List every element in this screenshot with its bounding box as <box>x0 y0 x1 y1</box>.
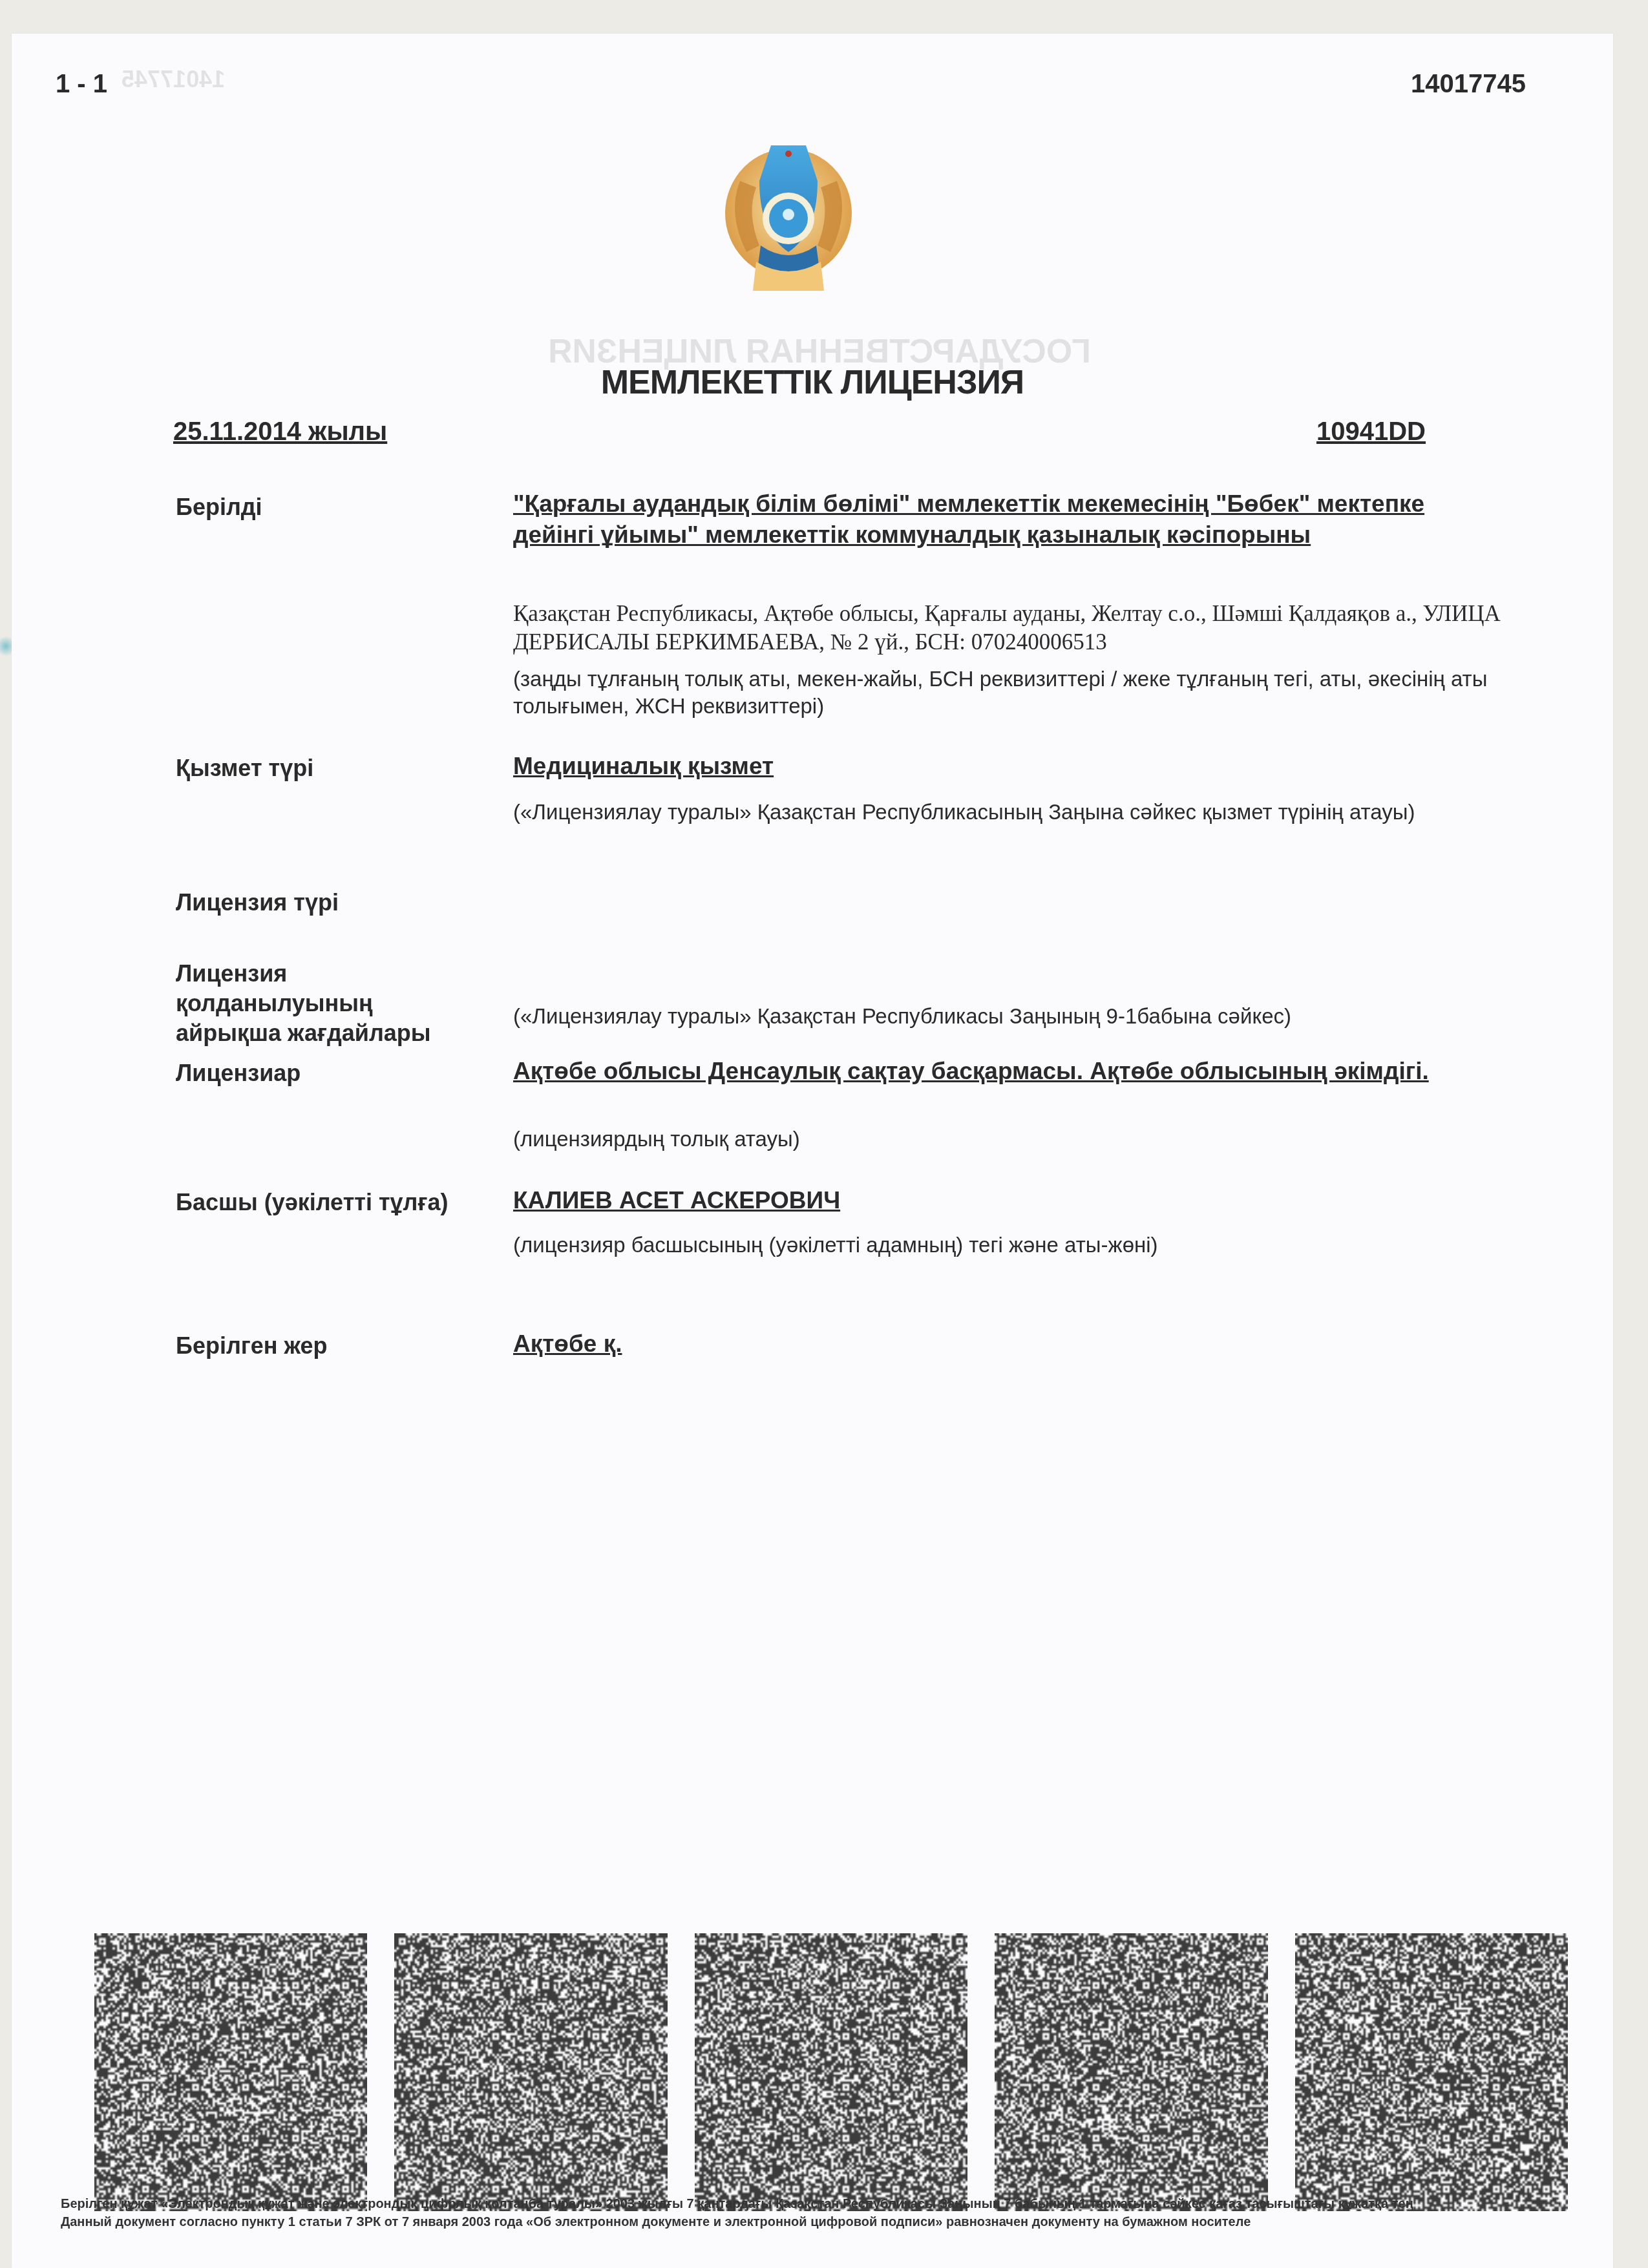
head-label: Басшы (уәкілетті тұлға) <box>176 1188 499 1217</box>
qr-code-icon <box>995 1933 1267 2211</box>
issue-date: 25.11.2014 жылы <box>173 417 387 446</box>
qr-code-icon <box>1295 1933 1568 2211</box>
footer-legal-ru: Данный документ согласно пункту 1 статьи… <box>61 2215 1251 2230</box>
license-number: 10941DD <box>1316 417 1426 446</box>
issued-to-label: Берілді <box>176 492 499 522</box>
license-type-label: Лицензия түрі <box>176 888 499 918</box>
licensor-label: Лицензиар <box>176 1058 499 1088</box>
qr-code-icon <box>94 1933 367 2211</box>
special-conditions-note: («Лицензиялау туралы» Қазақстан Республи… <box>513 1003 1495 1030</box>
license-sheet: ГОСУДАРСТВЕННАЯ ЛИЦЕНЗИЯ 14017745 1 - 1 … <box>12 34 1613 2268</box>
qr-code-icon <box>695 1933 967 2211</box>
document-title: МЕМЛЕКЕТТІК ЛИЦЕНЗИЯ <box>12 363 1613 402</box>
footer-legal-kz: Берілген құжат «Электрондық құжат және э… <box>61 2197 1413 2212</box>
activity-type-note: («Лицензиялау туралы» Қазақстан Республи… <box>513 799 1495 826</box>
licensor-value: Ақтөбе облысы Денсаулық сақтау басқармас… <box>513 1056 1495 1087</box>
head-value: КАЛИЕВ АСЕТ АСКЕРОВИЧ <box>513 1185 1495 1216</box>
head-note: (лицензияр басшысының (уәкілетті адамның… <box>513 1232 1495 1259</box>
scan-stain <box>0 633 12 659</box>
page-indicator: 1 - 1 <box>56 70 107 99</box>
qr-code-row <box>94 1933 1568 2211</box>
issued-to-address: Қазақстан Республикасы, Ақтөбе облысы, Қ… <box>513 600 1502 656</box>
special-conditions-label: Лицензия қолданылуының айрықша жағдайлар… <box>176 959 447 1048</box>
activity-type-value: Медициналық қызмет <box>513 751 1495 782</box>
bleed-through-number: 14017745 <box>121 66 225 93</box>
activity-type-label: Қызмет түрі <box>176 753 499 783</box>
qr-code-icon <box>394 1933 667 2211</box>
licensor-note: (лицензиярдың толық атауы) <box>513 1126 1495 1153</box>
issued-to-note: (заңды тұлғаның толық аты, мекен-жайы, Б… <box>513 666 1495 720</box>
place-of-issue-value: Ақтөбе қ. <box>513 1328 1495 1360</box>
kazakhstan-state-emblem-icon <box>721 142 856 295</box>
place-of-issue-label: Берілген жер <box>176 1331 499 1361</box>
issued-to-value: "Қарғалы аудандық білім бөлімі" мемлекет… <box>513 488 1495 551</box>
document-number: 14017745 <box>1411 70 1526 99</box>
